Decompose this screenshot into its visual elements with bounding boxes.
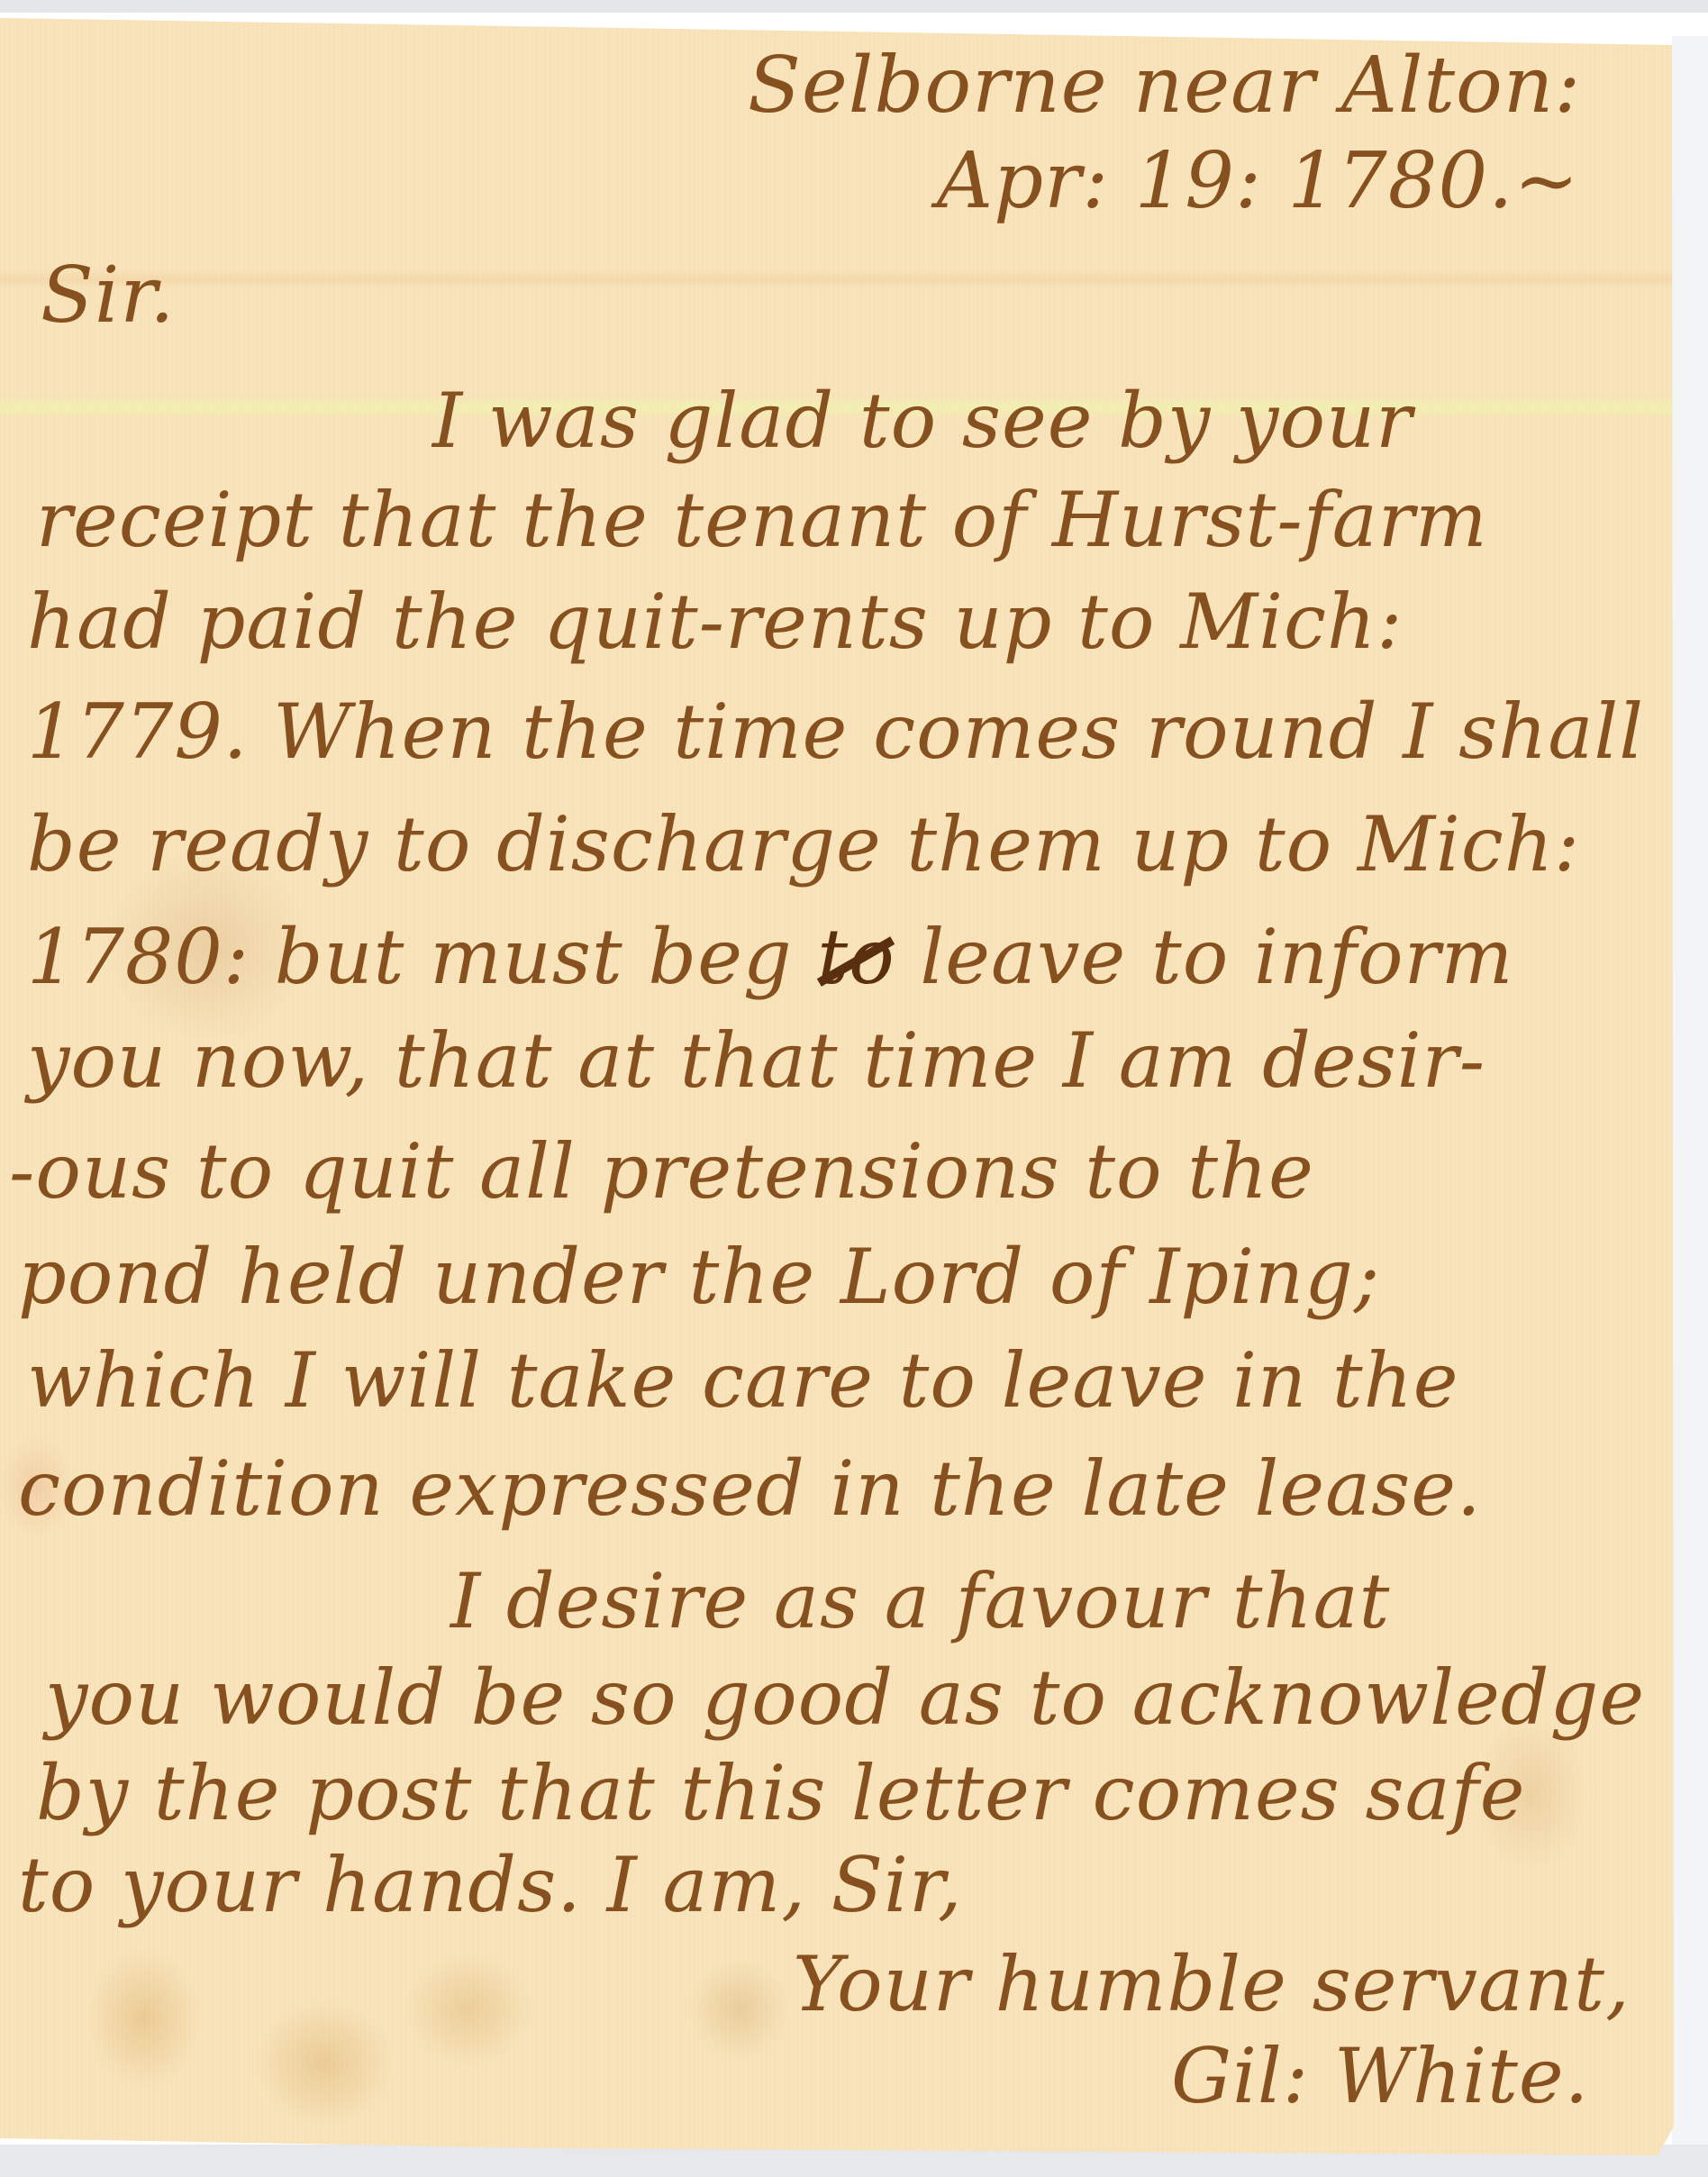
body-line-6-end: leave to inform xyxy=(920,913,1513,1001)
body-line-11: condition expressed in the late lease. xyxy=(18,1451,1482,1526)
body-line-12: I desire as a favour that xyxy=(450,1563,1390,1639)
body-line-1: I was glad to see by your xyxy=(432,383,1413,459)
body-line-5: be ready to discharge them up to Mich: xyxy=(27,806,1580,882)
body-line-10: which I will take care to leave in the xyxy=(27,1343,1458,1418)
body-line-3: had paid the quit-rents up to Mich: xyxy=(27,584,1403,660)
closing-line: Your humble servant, xyxy=(793,1946,1631,2022)
letter-paper: Selborne near Alton: Apr: 19: 1780.~ Sir… xyxy=(0,0,1708,2177)
body-line-7: you now, that at that time I am desir- xyxy=(27,1023,1485,1098)
scanned-letter: Selborne near Alton: Apr: 19: 1780.~ Sir… xyxy=(0,0,1708,2177)
struck-word: to xyxy=(817,913,895,1001)
body-line-13: you would be so good as to acknowledge xyxy=(45,1660,1645,1735)
signature: Gil: White. xyxy=(1171,2038,1589,2114)
body-line-9: pond held under the Lord of Iping; xyxy=(18,1239,1380,1315)
salutation: Sir. xyxy=(41,257,175,334)
scanner-top-bar xyxy=(0,0,1708,13)
address-line: Selborne near Alton: xyxy=(748,47,1581,124)
body-line-6-start: 1780: but must beg xyxy=(27,913,793,1001)
scanner-right-margin xyxy=(1672,36,1708,2154)
body-line-6: 1780: but must beg to leave to inform xyxy=(27,919,1513,995)
date-line: Apr: 19: 1780.~ xyxy=(937,142,1580,220)
body-line-4: 1779. When the time comes round I shall xyxy=(27,694,1644,770)
body-line-8: -ous to quit all pretensions to the xyxy=(9,1134,1314,1209)
body-line-2: receipt that the tenant of Hurst-farm xyxy=(36,482,1488,558)
body-line-15: to your hands. I am, Sir, xyxy=(18,1847,963,1923)
body-line-14: by the post that this letter comes safe xyxy=(36,1755,1525,1831)
